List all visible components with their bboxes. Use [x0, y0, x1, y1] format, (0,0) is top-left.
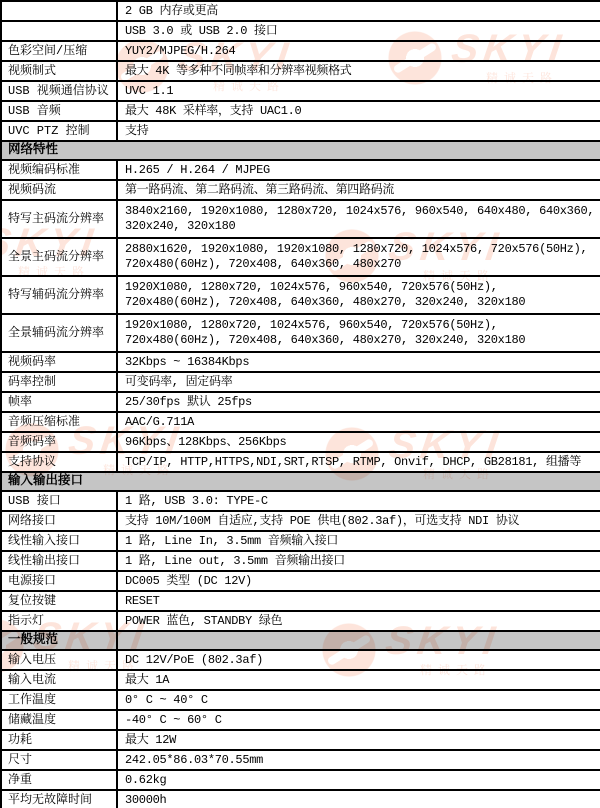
- spec-label: 视频码流: [1, 180, 117, 200]
- spec-label: 线性输入接口: [1, 531, 117, 551]
- spec-label: 视频制式: [1, 61, 117, 81]
- spec-value: USB 3.0 或 USB 2.0 接口: [117, 21, 600, 41]
- spec-row: 视频码率32Kbps ~ 16384Kbps: [1, 352, 600, 372]
- spec-row: 线性输出接口1 路, Line out, 3.5mm 音频输出接口: [1, 551, 600, 571]
- spec-label: 色彩空间/压缩: [1, 41, 117, 61]
- spec-row: 功耗最大 12W: [1, 730, 600, 750]
- spec-row: 视频码流第一路码流、第二路码流、第三路码流、第四路码流: [1, 180, 600, 200]
- spec-value: 可变码率, 固定码率: [117, 372, 600, 392]
- spec-label: 工作温度: [1, 690, 117, 710]
- spec-table: 2 GB 内存或更高USB 3.0 或 USB 2.0 接口色彩空间/压缩YUY…: [0, 0, 600, 808]
- spec-value: 2880x1620, 1920x1080, 1920x1080, 1280x72…: [117, 238, 600, 276]
- spec-value: 最大 1A: [117, 670, 600, 690]
- spec-label: [1, 1, 117, 21]
- spec-row: 电源接口DC005 类型 (DC 12V): [1, 571, 600, 591]
- spec-label: 储藏温度: [1, 710, 117, 730]
- spec-row: UVC PTZ 控制支持: [1, 121, 600, 141]
- spec-row: 视频编码标准H.265 / H.264 / MJPEG: [1, 160, 600, 180]
- spec-row: USB 音频最大 48K 采样率，支持 UAC1.0: [1, 101, 600, 121]
- spec-row: 支持协议TCP/IP, HTTP,HTTPS,NDI,SRT,RTSP, RTM…: [1, 452, 600, 472]
- spec-value: 3840x2160, 1920x1080, 1280x720, 1024x576…: [117, 200, 600, 238]
- spec-label: 平均无故障时间: [1, 790, 117, 808]
- spec-row: USB 3.0 或 USB 2.0 接口: [1, 21, 600, 41]
- spec-label: 特写辅码流分辨率: [1, 276, 117, 314]
- spec-row: 净重0.62kg: [1, 770, 600, 790]
- spec-row: 2 GB 内存或更高: [1, 1, 600, 21]
- spec-row: 全景主码流分辨率2880x1620, 1920x1080, 1920x1080,…: [1, 238, 600, 276]
- spec-label: 音频码率: [1, 432, 117, 452]
- spec-value: RESET: [117, 591, 600, 611]
- spec-label: 视频编码标准: [1, 160, 117, 180]
- spec-row: 线性输入接口1 路, Line In, 3.5mm 音频输入接口: [1, 531, 600, 551]
- spec-row: 全景辅码流分辨率1920x1080, 1280x720, 1024x576, 9…: [1, 314, 600, 352]
- spec-label: 线性输出接口: [1, 551, 117, 571]
- spec-label: 码率控制: [1, 372, 117, 392]
- spec-row: 视频制式最大 4K 等多种不同帧率和分辨率视频格式: [1, 61, 600, 81]
- spec-value: 25/30fps 默认 25fps: [117, 392, 600, 412]
- spec-label: [1, 21, 117, 41]
- spec-row: 工作温度0° C ~ 40° C: [1, 690, 600, 710]
- spec-sheet-page: SKYI精诚天路SKYI精诚天路SKYI精诚天路SKYI精诚天路SKYI精诚天路…: [0, 0, 600, 808]
- spec-label: USB 接口: [1, 491, 117, 511]
- spec-row: USB 视频通信协议UVC 1.1: [1, 81, 600, 101]
- spec-value: 0° C ~ 40° C: [117, 690, 600, 710]
- spec-value: TCP/IP, HTTP,HTTPS,NDI,SRT,RTSP, RTMP, O…: [117, 452, 600, 472]
- spec-value: YUY2/MJPEG/H.264: [117, 41, 600, 61]
- spec-row: 网络接口支持 10M/100M 自适应,支持 POE 供电(802.3af)，可…: [1, 511, 600, 531]
- section-header-filler: [117, 631, 600, 650]
- spec-row: USB 接口1 路, USB 3.0: TYPE-C: [1, 491, 600, 511]
- spec-row: 色彩空间/压缩YUY2/MJPEG/H.264: [1, 41, 600, 61]
- spec-label: 网络接口: [1, 511, 117, 531]
- spec-label: 功耗: [1, 730, 117, 750]
- spec-label: UVC PTZ 控制: [1, 121, 117, 141]
- spec-label: 全景主码流分辨率: [1, 238, 117, 276]
- spec-value: 第一路码流、第二路码流、第三路码流、第四路码流: [117, 180, 600, 200]
- spec-row: 储藏温度-40° C ~ 60° C: [1, 710, 600, 730]
- spec-label: 特写主码流分辨率: [1, 200, 117, 238]
- spec-value: AAC/G.711A: [117, 412, 600, 432]
- spec-label: 电源接口: [1, 571, 117, 591]
- spec-value: 1920X1080, 1280x720, 1024x576, 960x540, …: [117, 276, 600, 314]
- spec-label: 输入电流: [1, 670, 117, 690]
- spec-value: 1920x1080, 1280x720, 1024x576, 960x540, …: [117, 314, 600, 352]
- spec-label: 帧率: [1, 392, 117, 412]
- spec-label: 视频码率: [1, 352, 117, 372]
- spec-label: USB 视频通信协议: [1, 81, 117, 101]
- spec-value: H.265 / H.264 / MJPEG: [117, 160, 600, 180]
- spec-row: 音频压缩标准AAC/G.711A: [1, 412, 600, 432]
- section-header-label: 输入输出接口: [1, 472, 600, 491]
- spec-value: 支持: [117, 121, 600, 141]
- section-header-row: 输入输出接口: [1, 472, 600, 491]
- spec-label: 净重: [1, 770, 117, 790]
- spec-value: UVC 1.1: [117, 81, 600, 101]
- spec-row: 特写辅码流分辨率1920X1080, 1280x720, 1024x576, 9…: [1, 276, 600, 314]
- spec-value: 242.05*86.03*70.55mm: [117, 750, 600, 770]
- section-header-label: 网络特性: [1, 141, 600, 160]
- spec-value: 最大 12W: [117, 730, 600, 750]
- spec-value: -40° C ~ 60° C: [117, 710, 600, 730]
- spec-value: 0.62kg: [117, 770, 600, 790]
- spec-value: 1 路, USB 3.0: TYPE-C: [117, 491, 600, 511]
- spec-value: 2 GB 内存或更高: [117, 1, 600, 21]
- spec-value: 最大 4K 等多种不同帧率和分辨率视频格式: [117, 61, 600, 81]
- spec-row: 平均无故障时间30000h: [1, 790, 600, 808]
- spec-row: 输入电压DC 12V/PoE (802.3af): [1, 650, 600, 670]
- section-header-row: 一般规范: [1, 631, 600, 650]
- spec-row: 输入电流最大 1A: [1, 670, 600, 690]
- spec-table-body: 2 GB 内存或更高USB 3.0 或 USB 2.0 接口色彩空间/压缩YUY…: [1, 1, 600, 808]
- spec-label: 支持协议: [1, 452, 117, 472]
- spec-row: 尺寸242.05*86.03*70.55mm: [1, 750, 600, 770]
- spec-value: 96Kbps、128Kbps、256Kbps: [117, 432, 600, 452]
- spec-value: 1 路, Line out, 3.5mm 音频输出接口: [117, 551, 600, 571]
- spec-value: 支持 10M/100M 自适应,支持 POE 供电(802.3af)，可选支持 …: [117, 511, 600, 531]
- spec-label: 全景辅码流分辨率: [1, 314, 117, 352]
- spec-value: DC 12V/PoE (802.3af): [117, 650, 600, 670]
- spec-value: POWER 蓝色, STANDBY 绿色: [117, 611, 600, 631]
- spec-row: 音频码率96Kbps、128Kbps、256Kbps: [1, 432, 600, 452]
- spec-value: 30000h: [117, 790, 600, 808]
- spec-label: 输入电压: [1, 650, 117, 670]
- spec-row: 复位按键RESET: [1, 591, 600, 611]
- spec-row: 码率控制可变码率, 固定码率: [1, 372, 600, 392]
- spec-value: 最大 48K 采样率，支持 UAC1.0: [117, 101, 600, 121]
- spec-label: USB 音频: [1, 101, 117, 121]
- spec-label: 尺寸: [1, 750, 117, 770]
- spec-label: 复位按键: [1, 591, 117, 611]
- spec-value: DC005 类型 (DC 12V): [117, 571, 600, 591]
- spec-row: 指示灯POWER 蓝色, STANDBY 绿色: [1, 611, 600, 631]
- spec-row: 帧率25/30fps 默认 25fps: [1, 392, 600, 412]
- spec-label: 指示灯: [1, 611, 117, 631]
- spec-value: 32Kbps ~ 16384Kbps: [117, 352, 600, 372]
- spec-value: 1 路, Line In, 3.5mm 音频输入接口: [117, 531, 600, 551]
- spec-row: 特写主码流分辨率3840x2160, 1920x1080, 1280x720, …: [1, 200, 600, 238]
- spec-label: 音频压缩标准: [1, 412, 117, 432]
- section-header-label: 一般规范: [1, 631, 117, 650]
- section-header-row: 网络特性: [1, 141, 600, 160]
